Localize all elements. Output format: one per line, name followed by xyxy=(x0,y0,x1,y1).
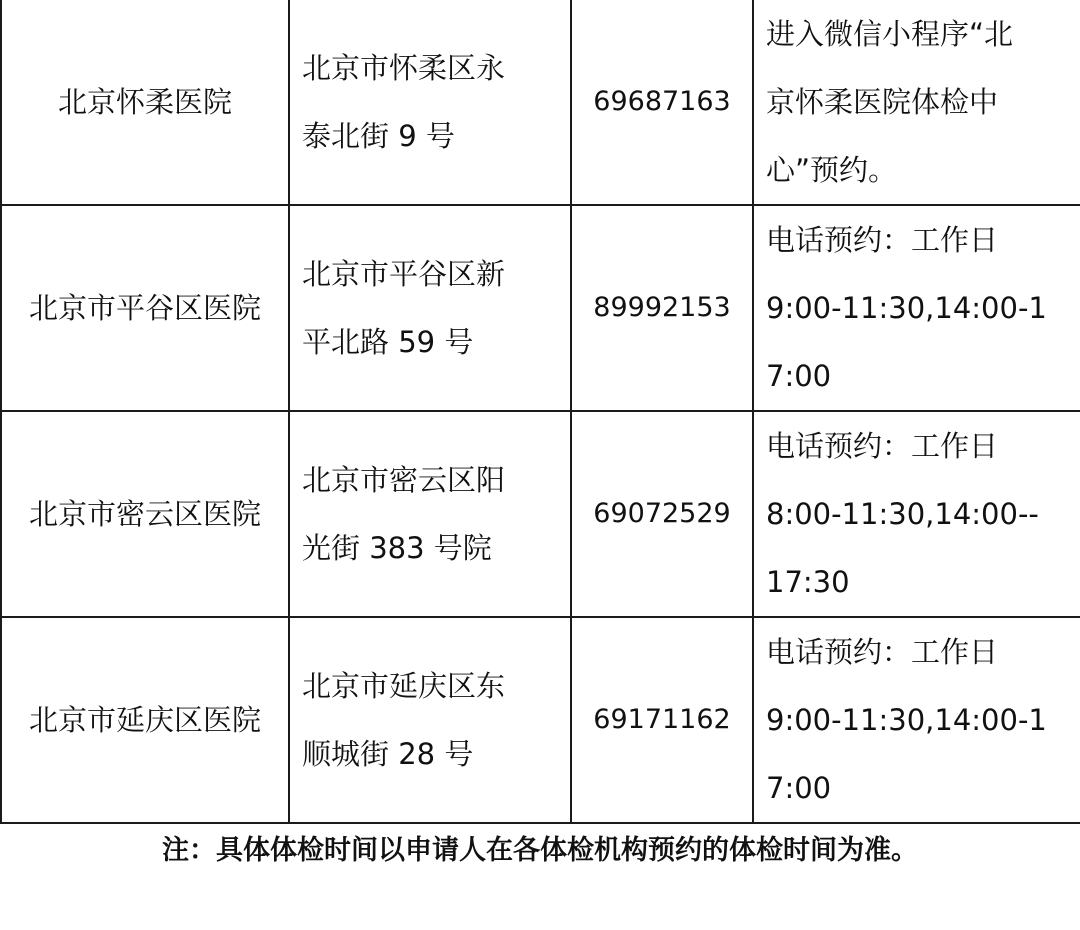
hospital-name: 北京市延庆区医院 xyxy=(29,703,261,737)
hospital-name-cell: 北京市延庆区医院 xyxy=(1,617,289,823)
table-row: 北京市密云区医院 北京市密云区阳 光街 383 号院 69072529 电话预约… xyxy=(1,411,1080,617)
phone-number: 69171162 xyxy=(593,704,730,735)
address-line: 平北路 59 号 xyxy=(302,308,566,376)
address-cell: 北京市怀柔区永 泰北街 9 号 xyxy=(289,0,571,205)
method-line: 电话预约：工作日 xyxy=(766,412,1080,480)
method-line: 9:00-11:30,14:00-1 xyxy=(766,686,1080,754)
hospital-appointment-table: 北京怀柔医院 北京市怀柔区永 泰北街 9 号 69687163 进入微信小程序“… xyxy=(0,0,1080,824)
address-line: 北京市密云区阳 xyxy=(302,446,566,514)
phone-cell: 69072529 xyxy=(571,411,753,617)
address-line: 光街 383 号院 xyxy=(302,514,566,582)
method-line: 7:00 xyxy=(766,754,1080,822)
phone-cell: 89992153 xyxy=(571,205,753,411)
method-line: 9:00-11:30,14:00-1 xyxy=(766,274,1080,342)
appointment-method-cell: 进入微信小程序“北 京怀柔医院体检中 心”预约。 xyxy=(753,0,1080,205)
phone-cell: 69171162 xyxy=(571,617,753,823)
address-cell: 北京市密云区阳 光街 383 号院 xyxy=(289,411,571,617)
hospital-name: 北京怀柔医院 xyxy=(58,85,232,119)
table-row: 北京怀柔医院 北京市怀柔区永 泰北街 9 号 69687163 进入微信小程序“… xyxy=(1,0,1080,205)
hospital-name-cell: 北京市密云区医院 xyxy=(1,411,289,617)
method-line: 京怀柔医院体检中 xyxy=(766,68,1080,136)
address-line: 泰北街 9 号 xyxy=(302,102,566,170)
method-line: 7:00 xyxy=(766,342,1080,410)
appointment-method-cell: 电话预约：工作日 9:00-11:30,14:00-1 7:00 xyxy=(753,617,1080,823)
address-line: 北京市平谷区新 xyxy=(302,240,566,308)
hospital-name: 北京市平谷区医院 xyxy=(29,291,261,325)
method-line: 电话预约：工作日 xyxy=(766,206,1080,274)
address-line: 北京市延庆区东 xyxy=(302,652,566,720)
hospital-name-cell: 北京怀柔医院 xyxy=(1,0,289,205)
phone-number: 69072529 xyxy=(593,498,730,529)
phone-number: 89992153 xyxy=(593,292,730,323)
method-line: 8:00-11:30,14:00-- xyxy=(766,480,1080,548)
method-line: 进入微信小程序“北 xyxy=(766,0,1080,68)
address-line: 顺城街 28 号 xyxy=(302,720,566,788)
appointment-method-cell: 电话预约：工作日 8:00-11:30,14:00-- 17:30 xyxy=(753,411,1080,617)
appointment-method-cell: 电话预约：工作日 9:00-11:30,14:00-1 7:00 xyxy=(753,205,1080,411)
phone-number: 69687163 xyxy=(593,86,730,117)
address-cell: 北京市平谷区新 平北路 59 号 xyxy=(289,205,571,411)
method-line: 电话预约：工作日 xyxy=(766,618,1080,686)
table-row: 北京市平谷区医院 北京市平谷区新 平北路 59 号 89992153 电话预约：… xyxy=(1,205,1080,411)
method-line: 17:30 xyxy=(766,548,1080,616)
hospital-name: 北京市密云区医院 xyxy=(29,497,261,531)
phone-cell: 69687163 xyxy=(571,0,753,205)
footnote: 注：具体体检时间以申请人在各体检机构预约的体检时间为准。 xyxy=(0,826,1080,876)
address-line: 北京市怀柔区永 xyxy=(302,34,566,102)
method-line: 心”预约。 xyxy=(766,136,1080,204)
address-cell: 北京市延庆区东 顺城街 28 号 xyxy=(289,617,571,823)
hospital-name-cell: 北京市平谷区医院 xyxy=(1,205,289,411)
table-row: 北京市延庆区医院 北京市延庆区东 顺城街 28 号 69171162 电话预约：… xyxy=(1,617,1080,823)
